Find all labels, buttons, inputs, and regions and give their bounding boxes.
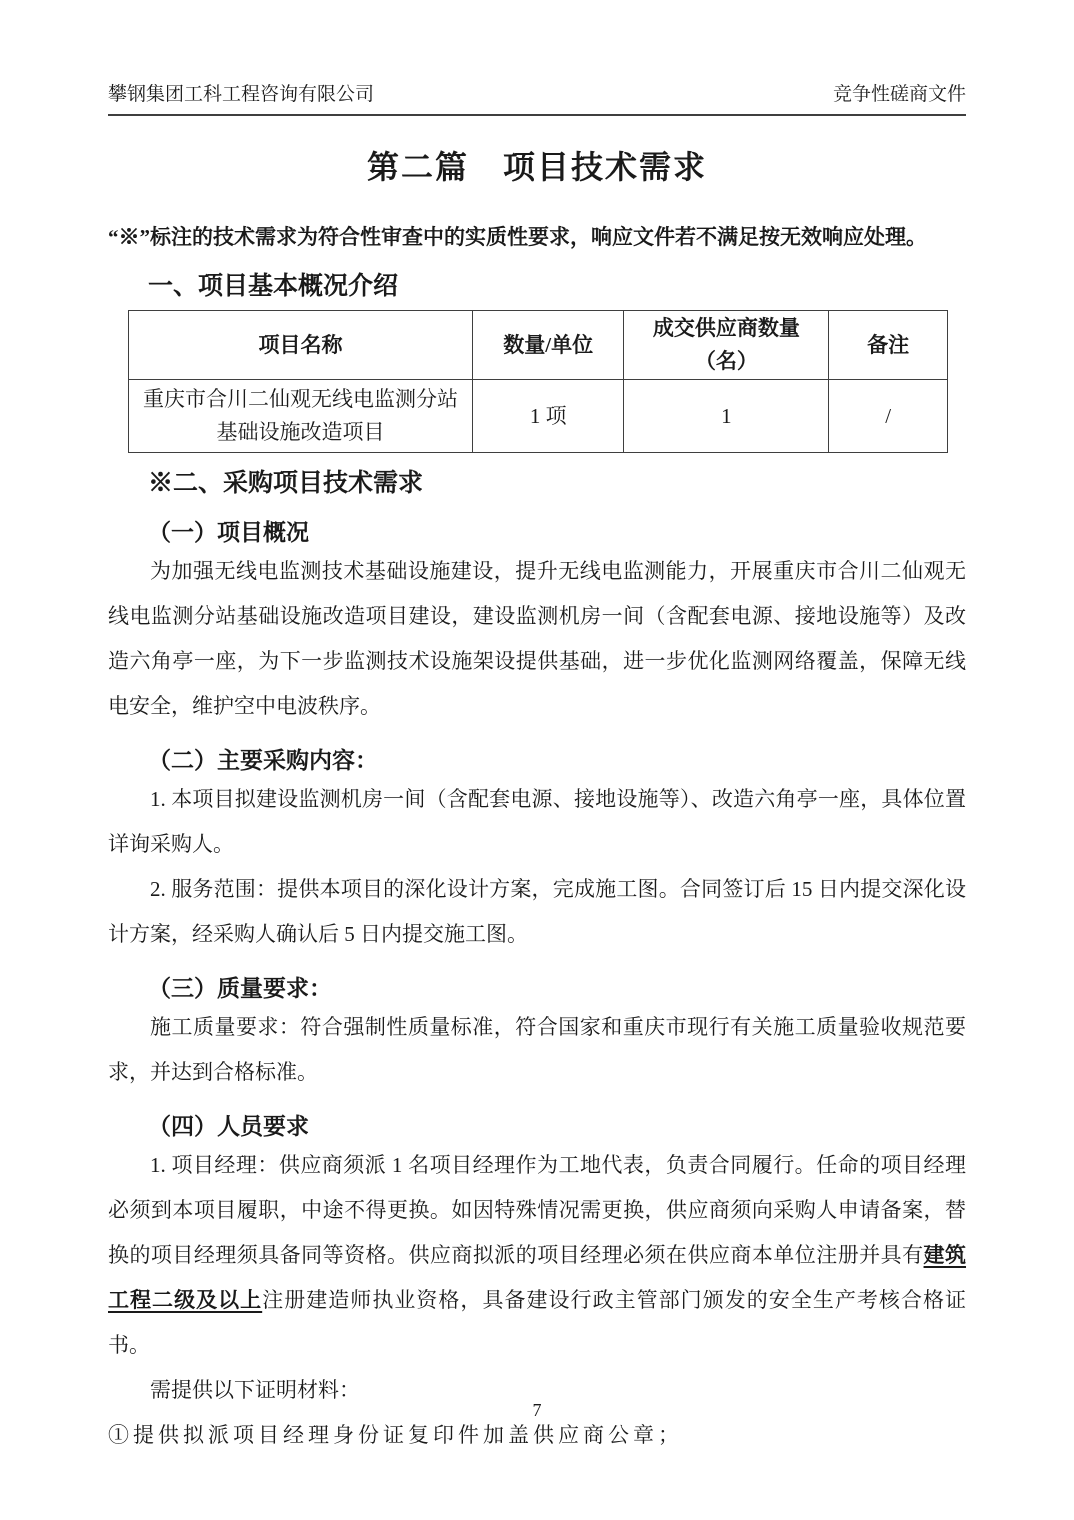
page-title: 第二篇 项目技术需求 <box>108 148 966 186</box>
subsection-heading-personnel-requirements: （四）人员要求 <box>108 1109 966 1143</box>
col-header-project-name: 项目名称 <box>129 311 473 380</box>
table-header-row: 项目名称 数量/单位 成交供应商数量（名） 备注 <box>129 311 948 380</box>
paragraph-project-manager-requirements: 1. 项目经理：供应商须派 1 名项目经理作为工地代表，负责合同履行。任命的项目… <box>108 1143 966 1368</box>
col-header-quantity-unit: 数量/单位 <box>472 311 624 380</box>
subsection-heading-procurement-content: （二）主要采购内容： <box>108 743 966 777</box>
substantive-requirement-notice: “※”标注的技术需求为符合性审查中的实质性要求，响应文件若不满足按无效响应处理。 <box>108 222 966 252</box>
cell-winning-suppliers: 1 <box>624 380 829 453</box>
project-manager-text-pre: 1. 项目经理：供应商须派 1 名项目经理作为工地代表，负责合同履行。任命的项目… <box>108 1153 966 1267</box>
paragraph-procurement-item-1: 1. 本项目拟建设监测机房一间（含配套电源、接地设施等）、改造六角亭一座，具体位… <box>108 777 966 867</box>
project-overview-table: 项目名称 数量/单位 成交供应商数量（名） 备注 重庆市合川二仙观无线电监测分站… <box>128 310 948 453</box>
col-header-remark: 备注 <box>829 311 948 380</box>
paragraph-project-overview: 为加强无线电监测技术基础设施建设，提升无线电监测能力，开展重庆市合川二仙观无线电… <box>108 549 966 729</box>
running-header: 攀钢集团工科工程咨询有限公司 竞争性磋商文件 <box>108 0 966 116</box>
subsection-heading-quality-requirements: （三）质量要求： <box>108 971 966 1005</box>
table-row: 重庆市合川二仙观无线电监测分站基础设施改造项目 1 项 1 / <box>129 380 948 453</box>
cell-project-name: 重庆市合川二仙观无线电监测分站基础设施改造项目 <box>129 380 473 453</box>
subsection-heading-project-overview: （一）项目概况 <box>108 515 966 549</box>
header-doc-type: 竞争性磋商文件 <box>833 84 966 106</box>
cell-quantity-unit: 1 项 <box>472 380 624 453</box>
paragraph-procurement-item-2: 2. 服务范围：提供本项目的深化设计方案，完成施工图。合同签订后 15 日内提交… <box>108 867 966 957</box>
section-heading-technical-requirements: ※二、采购项目技术需求 <box>108 465 966 501</box>
cell-remark: / <box>829 380 948 453</box>
paragraph-quality-requirements: 施工质量要求：符合强制性质量标准，符合国家和重庆市现行有关施工质量验收规范要求，… <box>108 1005 966 1095</box>
section-heading-overview-intro: 一、项目基本概况介绍 <box>108 268 966 304</box>
col-header-winning-suppliers: 成交供应商数量（名） <box>624 311 829 380</box>
document-page: 攀钢集团工科工程咨询有限公司 竞争性磋商文件 第二篇 项目技术需求 “※”标注的… <box>0 0 1074 1520</box>
page-number: 7 <box>0 1400 1074 1421</box>
header-company: 攀钢集团工科工程咨询有限公司 <box>108 84 374 106</box>
